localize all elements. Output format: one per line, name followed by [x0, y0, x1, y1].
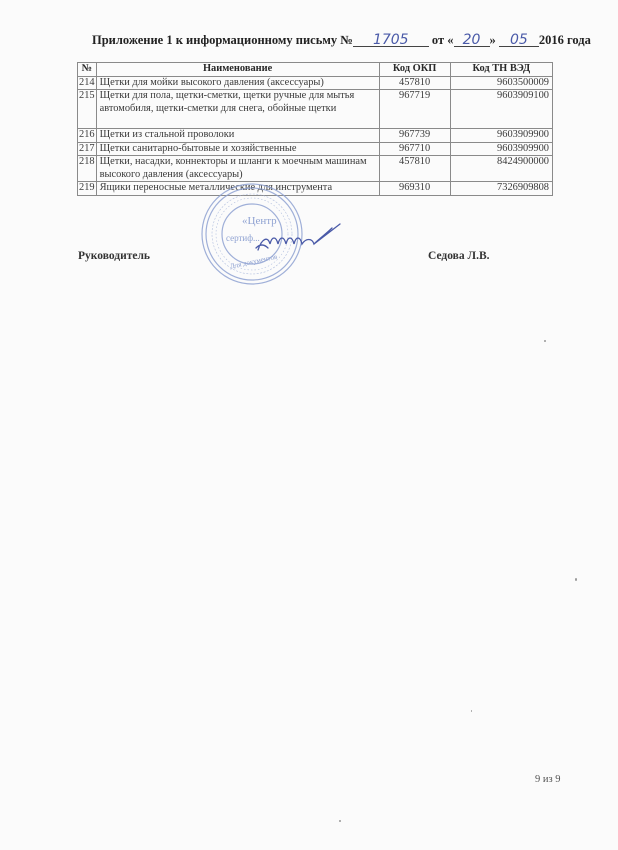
table-row: 215 Щетки для пола, щетки-сметки, щетки … [78, 90, 553, 129]
row-tnved: 9603909900 [450, 142, 552, 156]
row-number: 216 [78, 129, 97, 143]
signatory-name: Седова Л.В. [428, 250, 490, 262]
column-header-name: Наименование [96, 63, 379, 77]
column-header-number: № [78, 63, 97, 77]
row-tnved: 9603909100 [450, 90, 552, 129]
scan-speck [544, 340, 546, 342]
letter-number: 1705 [353, 34, 429, 47]
table-header-row: № Наименование Код ОКП Код ТН ВЭД [78, 63, 553, 77]
row-okp: 967739 [379, 129, 450, 143]
row-number: 218 [78, 156, 97, 182]
date-day: 20 [454, 34, 490, 47]
row-name: Щетки санитарно-бытовые и хозяйственные [96, 142, 379, 156]
row-number: 219 [78, 182, 97, 196]
row-number: 215 [78, 90, 97, 129]
page-number: 9 из 9 [535, 774, 561, 785]
products-table: № Наименование Код ОКП Код ТН ВЭД 214 Ще… [77, 62, 553, 196]
table-row: 217 Щетки санитарно-бытовые и хозяйствен… [78, 142, 553, 156]
stamp-line-2: сертиф... [226, 233, 260, 243]
stamp-line-1: «Центр [242, 215, 277, 227]
row-number: 217 [78, 142, 97, 156]
column-header-okp: Код ОКП [379, 63, 450, 77]
title-prefix: Приложение 1 к информационному письму № [92, 33, 353, 47]
column-header-tnved: Код ТН ВЭД [450, 63, 552, 77]
row-name: Щетки из стальной проволоки [96, 129, 379, 143]
date-from-label: от « [432, 33, 454, 47]
date-mid: » [490, 33, 496, 47]
row-name: Щетки для пола, щетки-сметки, щетки ручн… [96, 90, 379, 129]
document-title: Приложение 1 к информационному письму №1… [92, 33, 591, 48]
row-tnved: 9603500009 [450, 76, 552, 90]
row-okp: 967710 [379, 142, 450, 156]
row-okp: 457810 [379, 76, 450, 90]
stamp-line-3: Для документов [229, 253, 278, 271]
official-stamp-icon: «Центр сертиф... Для документов [190, 178, 390, 293]
signatory-role: Руководитель [78, 250, 150, 262]
row-name: Щетки для мойки высокого давления (аксес… [96, 76, 379, 90]
row-tnved: 8424900000 [450, 156, 552, 182]
row-okp: 967719 [379, 90, 450, 129]
scan-speck [471, 710, 472, 712]
scan-speck [339, 820, 341, 822]
scan-speck [575, 578, 577, 581]
row-tnved: 9603909900 [450, 129, 552, 143]
row-tnved: 7326909808 [450, 182, 552, 196]
date-year: 2016 года [539, 33, 591, 47]
date-month: 05 [499, 34, 539, 47]
table-row: 216 Щетки из стальной проволоки 967739 9… [78, 129, 553, 143]
table-row: 214 Щетки для мойки высокого давления (а… [78, 76, 553, 90]
row-number: 214 [78, 76, 97, 90]
